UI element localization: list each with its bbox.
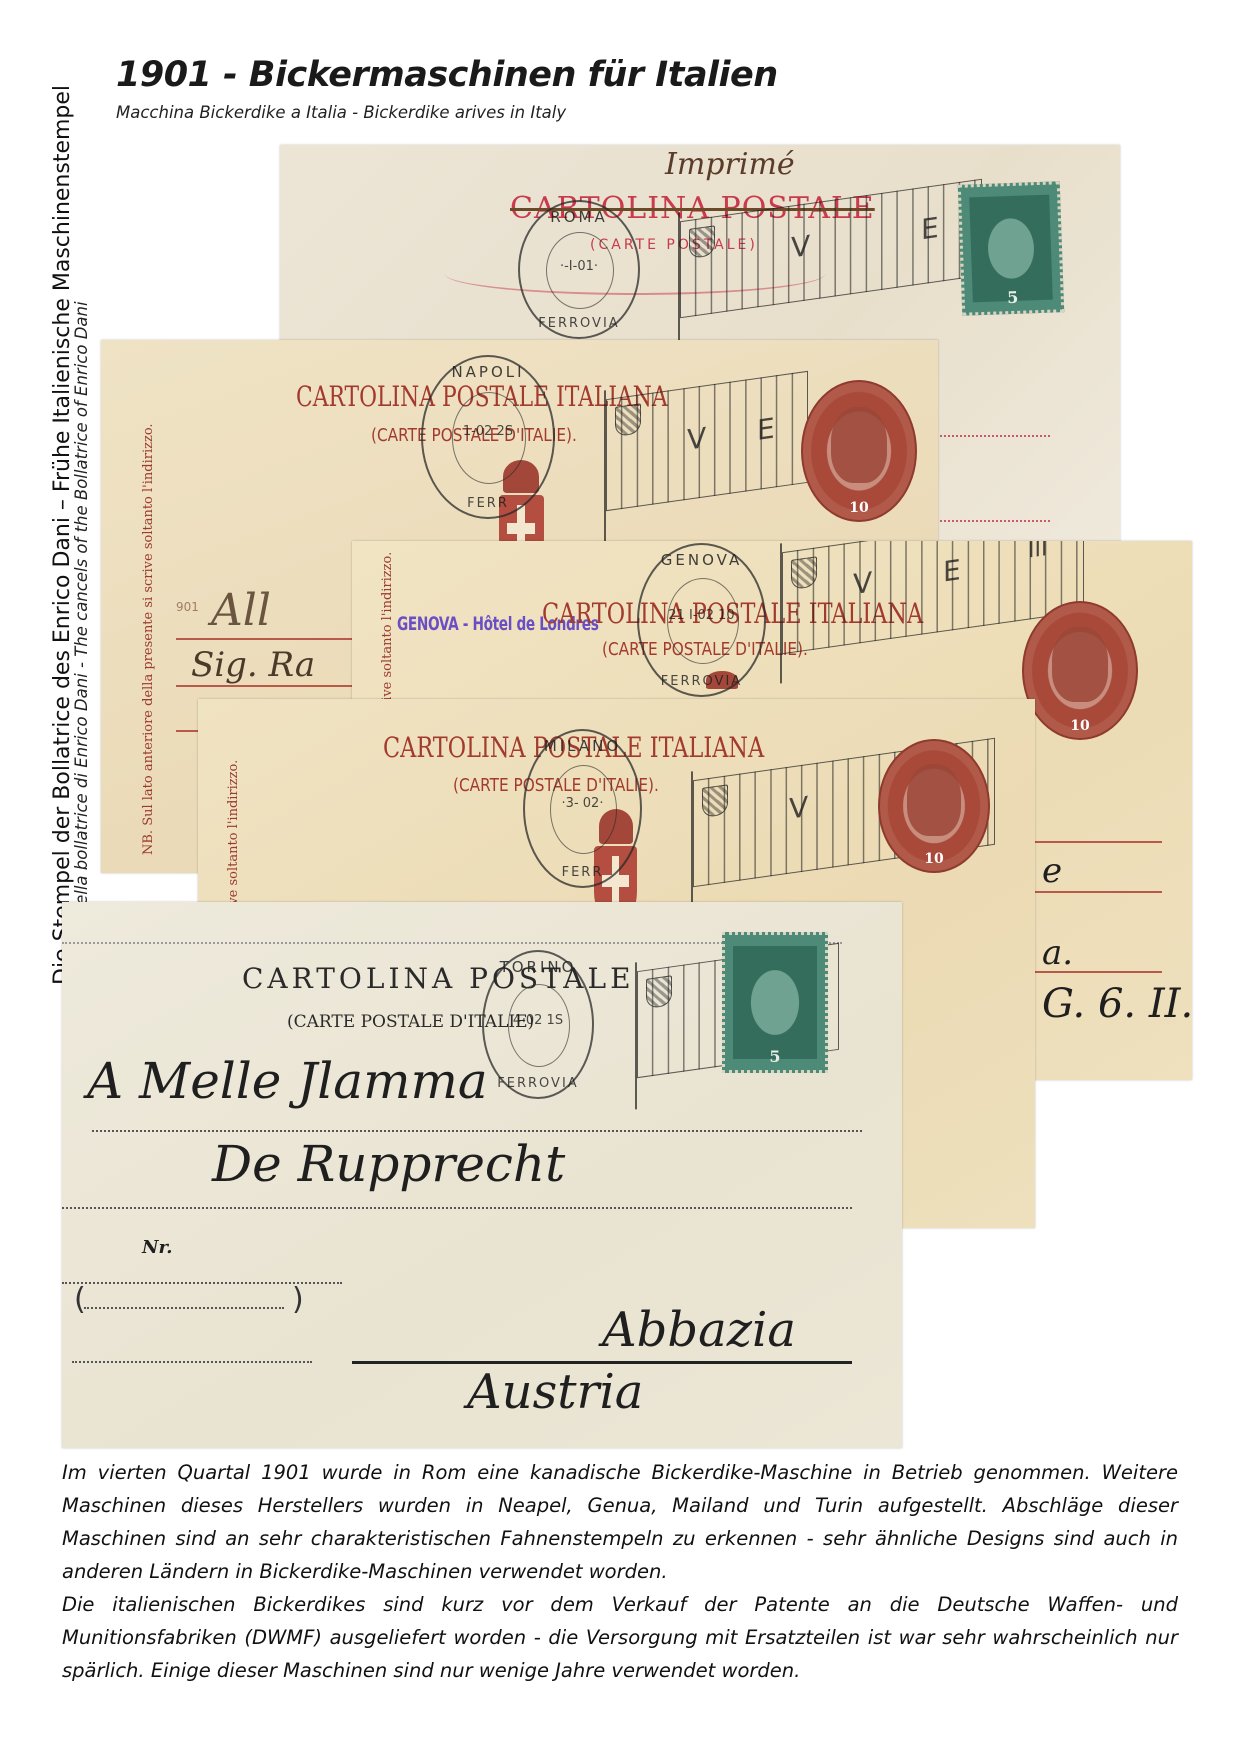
- stamp-umberto-10c: 10: [1022, 601, 1138, 740]
- bracket-open: (: [74, 1282, 86, 1317]
- postmark-roma: ROMA ·-I-01· FERROVIA: [518, 200, 640, 339]
- stamp-umberto-10c: 10: [801, 380, 917, 522]
- bracket-line: [84, 1307, 284, 1309]
- postmark-torino: TORINO 4-02 1S FERROVIA: [482, 950, 594, 1099]
- handwritten-address: Austria: [467, 1364, 643, 1420]
- address-line: [62, 1207, 852, 1209]
- handwritten-address: a.: [1042, 933, 1073, 973]
- stamp-green-5c: 5: [958, 181, 1065, 315]
- handwritten-address: De Rupprecht: [212, 1135, 565, 1193]
- series-subtitle: L'annuli della bollatrice di Enrico Dani…: [72, 301, 91, 985]
- postmark-genova: GENOVA 21 I-02 10 FERROVIA: [637, 543, 766, 697]
- bracket-close: ): [292, 1282, 304, 1317]
- handwritten-address: A Melle Jlamma: [87, 1052, 488, 1110]
- handwritten-address: G. 6. II.: [1042, 981, 1192, 1027]
- handwritten-address: e: [1042, 851, 1062, 891]
- address-line: [92, 1130, 862, 1132]
- stamp-umberto-10c: 10: [878, 739, 990, 873]
- postmark-napoli: NAPOLI 1-02 2S FERR: [421, 355, 555, 519]
- handwritten-address: Abbazia: [602, 1302, 796, 1358]
- handwritten-imprime: Imprimé: [665, 147, 795, 182]
- page-subtitle: Macchina Bickerdike a Italia - Bickerdik…: [116, 103, 566, 122]
- postmark-milano: MILANO ·3- 02· FERR: [523, 729, 642, 888]
- description-text: Im vierten Quartal 1901 wurde in Rom ein…: [62, 1456, 1178, 1687]
- card-side-note: NB. Sul lato anteriore della presente si…: [141, 423, 156, 855]
- page-title: 1901 - Bickermaschinen für Italien: [116, 55, 778, 95]
- address-line: [176, 685, 376, 687]
- handwritten-address: Nr.: [142, 1237, 173, 1258]
- address-line: [176, 638, 376, 640]
- handwritten-all: All: [211, 585, 271, 636]
- paragraph: Im vierten Quartal 1901 wurde in Rom ein…: [62, 1456, 1178, 1588]
- handwritten-sig: Sig. Ra: [191, 645, 315, 685]
- address-line: [72, 1361, 312, 1363]
- side-title-block: Die Stempel der Bollatrice des Enrico Da…: [0, 0, 100, 1000]
- paragraph: Die italienischen Bickerdikes sind kurz …: [62, 1588, 1178, 1687]
- postcard-torino: CARTOLINA POSTALE (CARTE POSTALE D'ITALI…: [62, 902, 902, 1448]
- card-side-note: scrive soltanto l'indirizzo.: [380, 552, 395, 721]
- print-year: 901: [176, 600, 199, 614]
- stamp-green-5c: 5: [722, 932, 828, 1073]
